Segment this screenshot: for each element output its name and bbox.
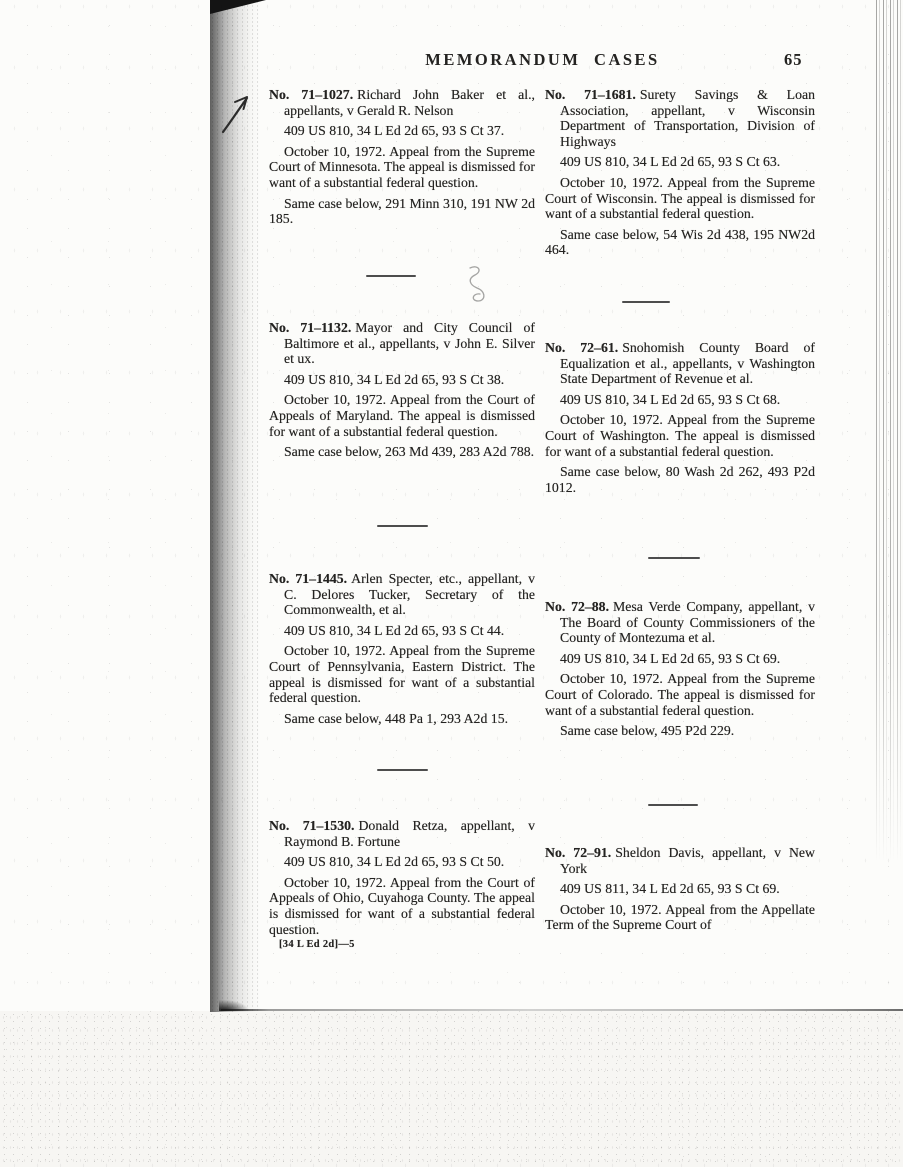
case-title: No. 72–91.Sheldon Davis, appellant, v Ne… (545, 845, 815, 876)
case-disposition: October 10, 1972. Appeal from the Suprem… (545, 671, 815, 718)
case-same-case: Same case below, 54 Wis 2d 438, 195 NW2d… (545, 227, 815, 258)
case-number: No. 72–61. (545, 340, 618, 355)
margin-arrow-annotation (216, 85, 258, 137)
section-divider (622, 301, 670, 303)
case-disposition: October 10, 1972. Appeal from the Suprem… (269, 144, 535, 191)
section-divider (648, 557, 700, 559)
case-same-case: Same case below, 263 Md 439, 283 A2d 788… (269, 444, 535, 460)
book-gutter-shadow (210, 0, 260, 1012)
case-number: No. 71–1132. (269, 320, 351, 335)
section-divider (648, 804, 698, 806)
pencil-scribble-annotation (456, 263, 496, 311)
case-entry: No. 71–1681.Surety Savings & Loan Associ… (545, 87, 815, 258)
case-number: No. 72–88. (545, 599, 609, 614)
case-entry: No. 71–1530.Donald Retza, appellant, v R… (269, 818, 535, 953)
case-disposition: October 10, 1972. Appeal from the Court … (269, 392, 535, 439)
case-same-case: Same case below, 495 P2d 229. (545, 723, 815, 739)
case-title: No. 71–1132.Mayor and City Council of Ba… (269, 320, 535, 367)
case-entry: No. 71–1132.Mayor and City Council of Ba… (269, 320, 535, 460)
case-same-case: Same case below, 448 Pa 1, 293 A2d 15. (269, 711, 535, 727)
page-bottom-edge (221, 1009, 903, 1011)
case-citation: 409 US 810, 34 L Ed 2d 65, 93 S Ct 38. (269, 372, 535, 388)
case-number: No. 72–91. (545, 845, 611, 860)
case-entry: No. 71–1445.Arlen Specter, etc., appella… (269, 571, 535, 726)
case-same-case: Same case below, 291 Minn 310, 191 NW 2d… (269, 196, 535, 227)
case-citation: 409 US 811, 34 L Ed 2d 65, 93 S Ct 69. (545, 881, 815, 897)
case-disposition: October 10, 1972. Appeal from the Suprem… (545, 175, 815, 222)
book-page-edges (876, 0, 903, 872)
case-disposition: October 10, 1972. Appeal from the Appell… (545, 902, 815, 933)
scanner-bed-texture (0, 1011, 903, 1167)
page-number: 65 (784, 50, 803, 70)
page-title: MEMORANDUM CASES (270, 50, 815, 70)
section-divider (377, 525, 428, 527)
case-title: No. 71–1681.Surety Savings & Loan Associ… (545, 87, 815, 149)
case-citation: 409 US 810, 34 L Ed 2d 65, 93 S Ct 63. (545, 154, 815, 170)
case-citation: 409 US 810, 34 L Ed 2d 65, 93 S Ct 50. (269, 854, 535, 870)
case-entry: No. 72–88.Mesa Verde Company, appellant,… (545, 599, 815, 739)
case-citation: 409 US 810, 34 L Ed 2d 65, 93 S Ct 44. (269, 623, 535, 639)
case-title: No. 72–61.Snohomish County Board of Equa… (545, 340, 815, 387)
case-title: No. 71–1027.Richard John Baker et al., a… (269, 87, 535, 118)
section-divider (366, 275, 416, 277)
case-entry: No. 72–91.Sheldon Davis, appellant, v Ne… (545, 845, 815, 933)
case-number: No. 71–1445. (269, 571, 347, 586)
case-number: No. 71–1530. (269, 818, 354, 833)
case-citation: 409 US 810, 34 L Ed 2d 65, 93 S Ct 37. (269, 123, 535, 139)
scanned-reporter-page: MEMORANDUM CASES 65 No. 71–1027.Richard … (0, 0, 903, 1167)
case-disposition: October 10, 1972. Appeal from the Court … (269, 875, 535, 937)
case-title: No. 71–1445.Arlen Specter, etc., appella… (269, 571, 535, 618)
case-same-case: Same case below, 80 Wash 2d 262, 493 P2d… (545, 464, 815, 495)
case-entry: No. 72–61.Snohomish County Board of Equa… (545, 340, 815, 495)
case-citation: 409 US 810, 34 L Ed 2d 65, 93 S Ct 69. (545, 651, 815, 667)
reporter-footer-note: [34 L Ed 2d]—5 (269, 937, 535, 953)
case-citation: 409 US 810, 34 L Ed 2d 65, 93 S Ct 68. (545, 392, 815, 408)
section-divider (377, 769, 428, 771)
case-entry: No. 71–1027.Richard John Baker et al., a… (269, 87, 535, 227)
case-disposition: October 10, 1972. Appeal from the Suprem… (545, 412, 815, 459)
case-title: No. 71–1530.Donald Retza, appellant, v R… (269, 818, 535, 849)
case-number: No. 71–1027. (269, 87, 353, 102)
case-disposition: October 10, 1972. Appeal from the Suprem… (269, 643, 535, 705)
case-title: No. 72–88.Mesa Verde Company, appellant,… (545, 599, 815, 646)
case-number: No. 71–1681. (545, 87, 636, 102)
